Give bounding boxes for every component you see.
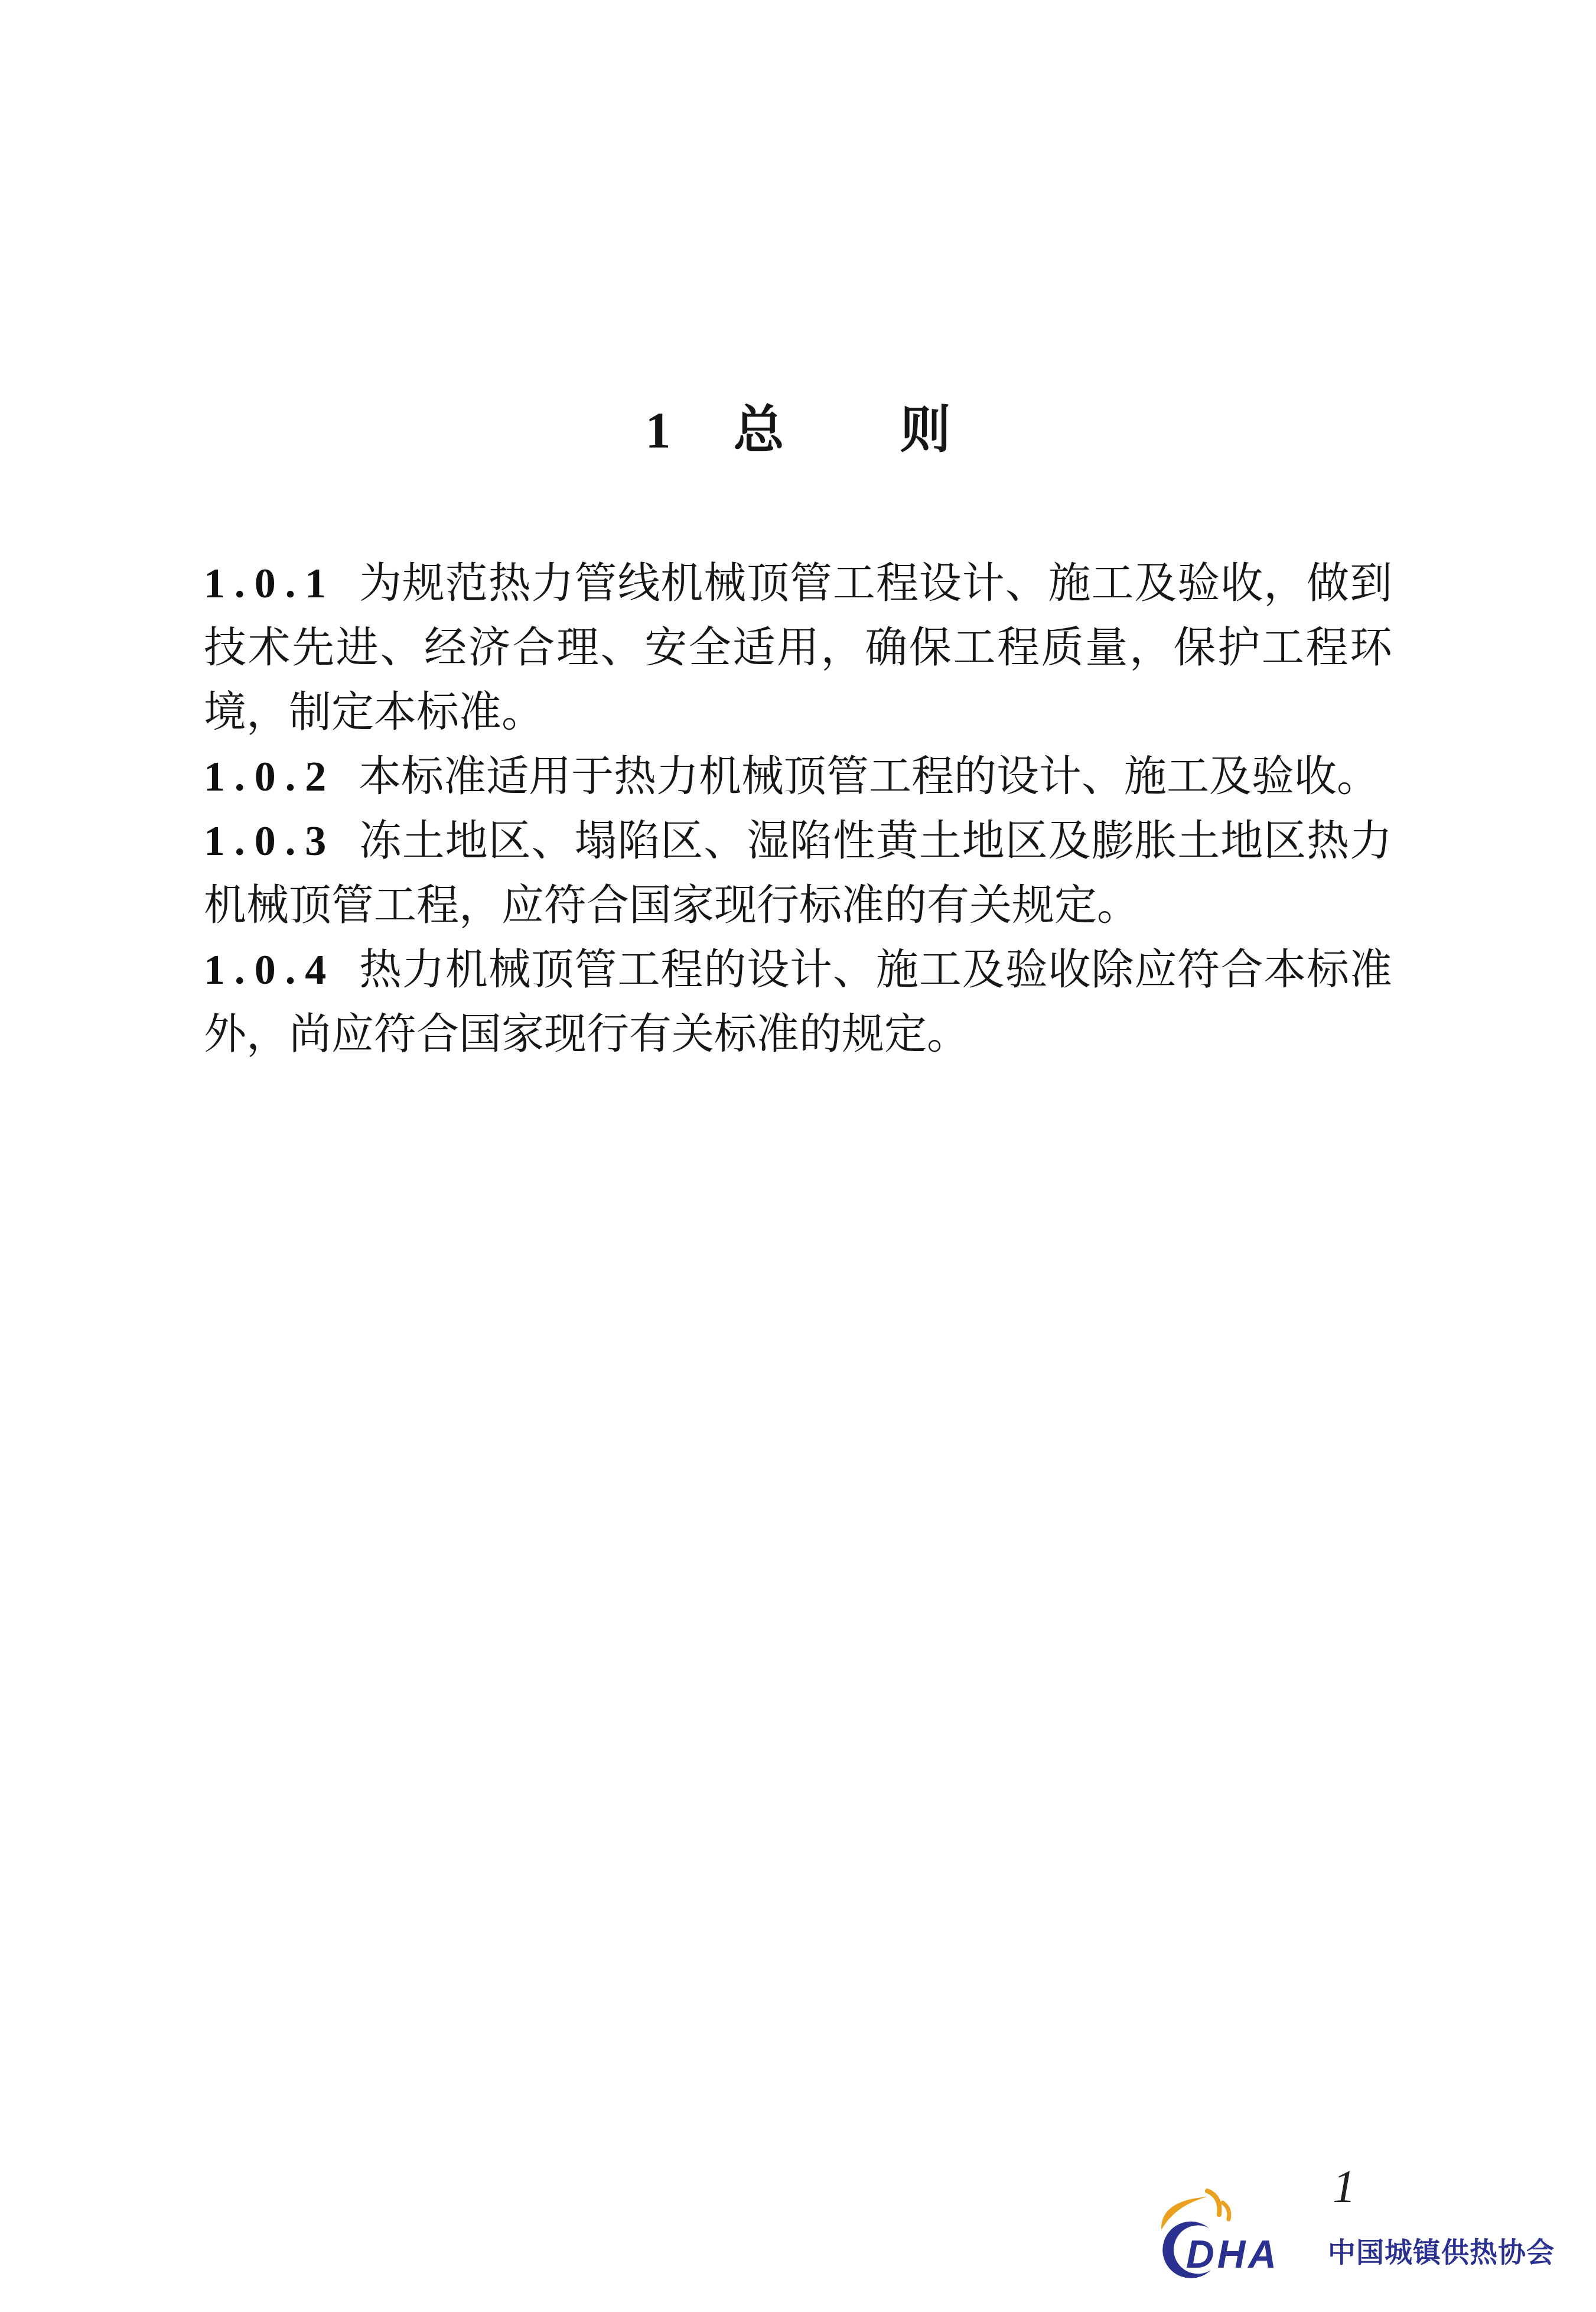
clause-text: 本标准适用于热力机械顶管工程的设计、施工及验收。	[359, 753, 1379, 800]
clause-line: 外，尚应符合国家现行有关标准的规定。	[204, 1002, 1392, 1066]
chapter-title-word-second: 则	[900, 395, 951, 466]
clause-number: 1.0.1	[204, 551, 359, 616]
clause-line: 1.0.2本标准适用于热力机械顶管工程的设计、施工及验收。	[204, 744, 1392, 809]
clause-text: 热力机械顶管工程的设计、施工及验收除应符合本标准	[359, 946, 1392, 993]
clause-text: 境，制定本标准。	[204, 688, 544, 736]
clause-line: 境，制定本标准。	[204, 680, 1392, 744]
clause-line: 技术先进、经济合理、安全适用，确保工程质量，保护工程环	[204, 616, 1392, 680]
clause-number: 1.0.2	[204, 744, 359, 809]
clause-number: 1.0.4	[204, 938, 359, 1002]
clause-text: 为规范热力管线机械顶管工程设计、施工及验收，做到	[359, 560, 1392, 607]
logo-acronym: DHA	[1186, 2235, 1279, 2274]
chapter-title: 1总则	[0, 395, 1596, 466]
clause-text: 技术先进、经济合理、安全适用，确保工程质量，保护工程环	[204, 624, 1392, 671]
association-logo: DHA 中国城镇供热协会	[1155, 2185, 1575, 2285]
logo-wave-arc-2	[1223, 2203, 1229, 2219]
logo-wave-arc-1	[1207, 2191, 1220, 2215]
chapter-number: 1	[646, 395, 671, 466]
document-page: 1总则 1.0.1为规范热力管线机械顶管工程设计、施工及验收，做到技术先进、经济…	[0, 0, 1596, 2312]
clause-line: 机械顶管工程，应符合国家现行标准的有关规定。	[204, 873, 1392, 938]
chapter-title-word-first: 总	[734, 395, 784, 466]
clauses-block: 1.0.1为规范热力管线机械顶管工程设计、施工及验收，做到技术先进、经济合理、安…	[204, 551, 1392, 1066]
clause-line: 1.0.3冻土地区、塌陷区、湿陷性黄土地区及膨胀土地区热力	[204, 809, 1392, 873]
clause-line: 1.0.1为规范热力管线机械顶管工程设计、施工及验收，做到	[204, 551, 1392, 616]
clause-text: 机械顶管工程，应符合国家现行标准的有关规定。	[204, 882, 1139, 929]
clause-line: 1.0.4热力机械顶管工程的设计、施工及验收除应符合本标准	[204, 938, 1392, 1002]
clause-text: 外，尚应符合国家现行有关标准的规定。	[204, 1010, 969, 1058]
logo-org-name: 中国城镇供热协会	[1328, 2237, 1555, 2268]
clause-text: 冻土地区、塌陷区、湿陷性黄土地区及膨胀土地区热力	[359, 817, 1392, 864]
clause-number: 1.0.3	[204, 809, 359, 873]
